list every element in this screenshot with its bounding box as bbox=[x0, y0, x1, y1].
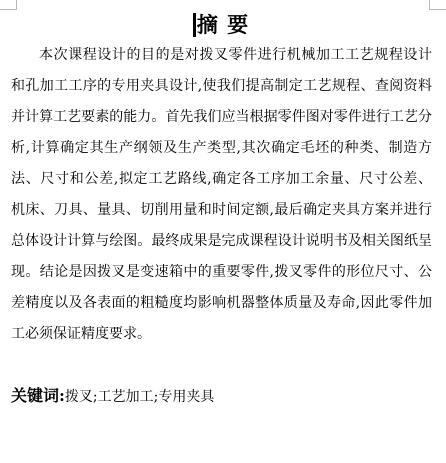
keywords-text: 拨叉;工艺加工;专用夹具 bbox=[65, 389, 214, 405]
paragraph-line[interactable]: 差精度以及各表面的粗糙度均影响机器整体质量及寿命,因此零件加 bbox=[11, 288, 432, 319]
abstract-title[interactable]: 摘 要 bbox=[0, 13, 446, 37]
paragraph-line[interactable]: 现。结论是因拨叉是变速箱中的重要零件,拨叉零件的形位尺寸、公 bbox=[11, 257, 432, 288]
crop-mark-top-left-vertical bbox=[16, 0, 17, 10]
crop-mark-top-right-vertical bbox=[429, 0, 430, 10]
paragraph-line[interactable]: 并计算工艺要素的能力。首先我们应当根据零件图对零件进行工艺分 bbox=[11, 102, 432, 133]
document-page[interactable]: 摘 要 本次课程设计的目的是对拨叉零件进行机械加工工艺规程设计 和孔加工工序的专… bbox=[0, 0, 446, 463]
paragraph-line[interactable]: 机床、刀具、量具、切削用量和时间定额,最后确定夹具方案并进行 bbox=[11, 195, 432, 226]
abstract-paragraph[interactable]: 本次课程设计的目的是对拨叉零件进行机械加工工艺规程设计 和孔加工工序的专用夹具设… bbox=[11, 40, 432, 350]
paragraph-line[interactable]: 法、尺寸和公差,拟定工艺路线,确定各工序加工余量、尺寸公差、 bbox=[11, 164, 432, 195]
paragraph-line[interactable]: 析,计算确定其生产纲领及生产类型,其次确定毛坯的种类、制造方 bbox=[11, 133, 432, 164]
crop-mark-top-left-horizontal bbox=[0, 9, 17, 10]
keywords-label: 关键词: bbox=[11, 386, 65, 405]
paragraph-line[interactable]: 和孔加工工序的专用夹具设计,使我们提高制定工艺规程、查阅资料 bbox=[11, 71, 432, 102]
paragraph-line[interactable]: 本次课程设计的目的是对拨叉零件进行机械加工工艺规程设计 bbox=[11, 40, 432, 71]
paragraph-line[interactable]: 工必须保证精度要求。 bbox=[11, 319, 432, 350]
paragraph-line[interactable]: 总体设计计算与绘图。最终成果是完成课程设计说明书及相关图纸呈 bbox=[11, 226, 432, 257]
keywords-line[interactable]: 关键词:拨叉;工艺加工;专用夹具 bbox=[11, 380, 214, 413]
text-cursor bbox=[193, 13, 196, 37]
crop-mark-top-right-horizontal bbox=[429, 9, 446, 10]
